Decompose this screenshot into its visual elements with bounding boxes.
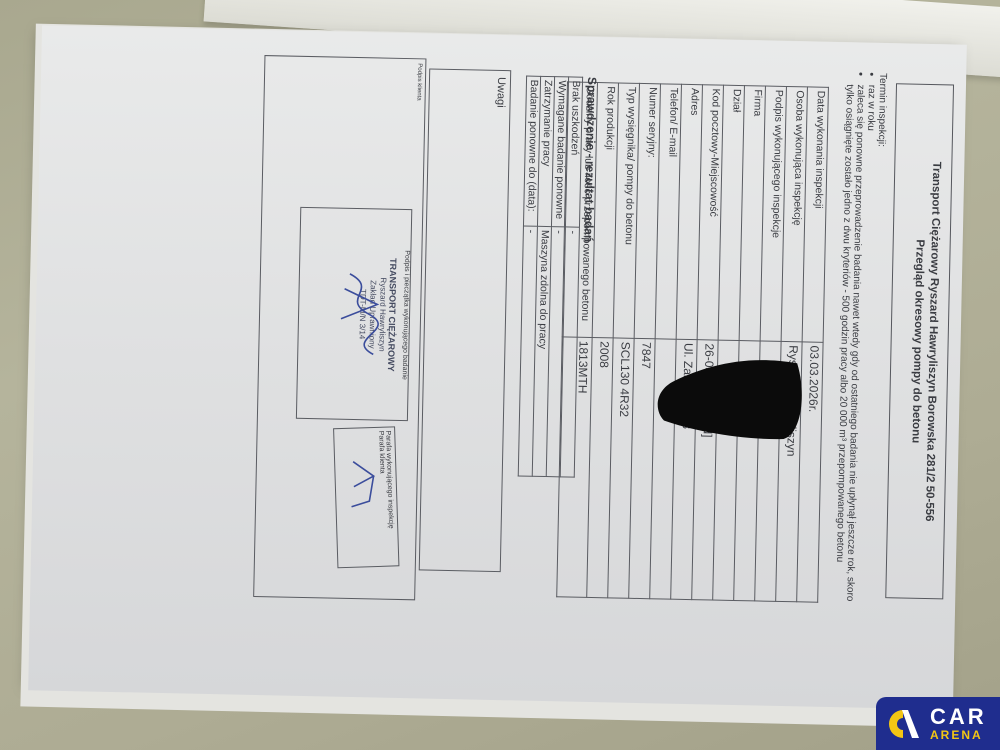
results-table: Brak uszkodzeń- Wymagane badanie ponowne…: [518, 76, 583, 478]
initials-scribble: [348, 456, 380, 517]
signature-scribble: [328, 268, 390, 359]
remarks-label: Uwagi: [494, 77, 507, 108]
document-photo: Transport Ciężarowy Ryszard Hawryliszyn …: [28, 25, 967, 709]
form-header: Transport Ciężarowy Ryszard Hawryliszyn …: [885, 83, 954, 599]
remarks-box: Uwagi: [419, 69, 511, 573]
stamp-box: Podpis i pieczątka wykonującego badanie …: [296, 207, 412, 421]
inspection-form-page: Transport Ciężarowy Ryszard Hawryliszyn …: [28, 25, 967, 709]
car-arena-logo-icon: [886, 707, 920, 741]
brand-car: CAR: [930, 706, 987, 728]
redaction-mark: [654, 350, 806, 441]
stamp-caption: Podpis i pieczątka wykonującego badanie: [400, 210, 411, 420]
car-arena-watermark: CAR ARENA: [876, 697, 1000, 750]
initials-box: Parafa wykonującego inspekcję Parafa kli…: [333, 426, 399, 568]
brand-arena: ARENA: [930, 729, 987, 741]
client-signature-label: Podpis klienta: [416, 63, 423, 100]
inspection-terms: Termin inspekcji: raz w roku zaleca się …: [833, 72, 888, 613]
